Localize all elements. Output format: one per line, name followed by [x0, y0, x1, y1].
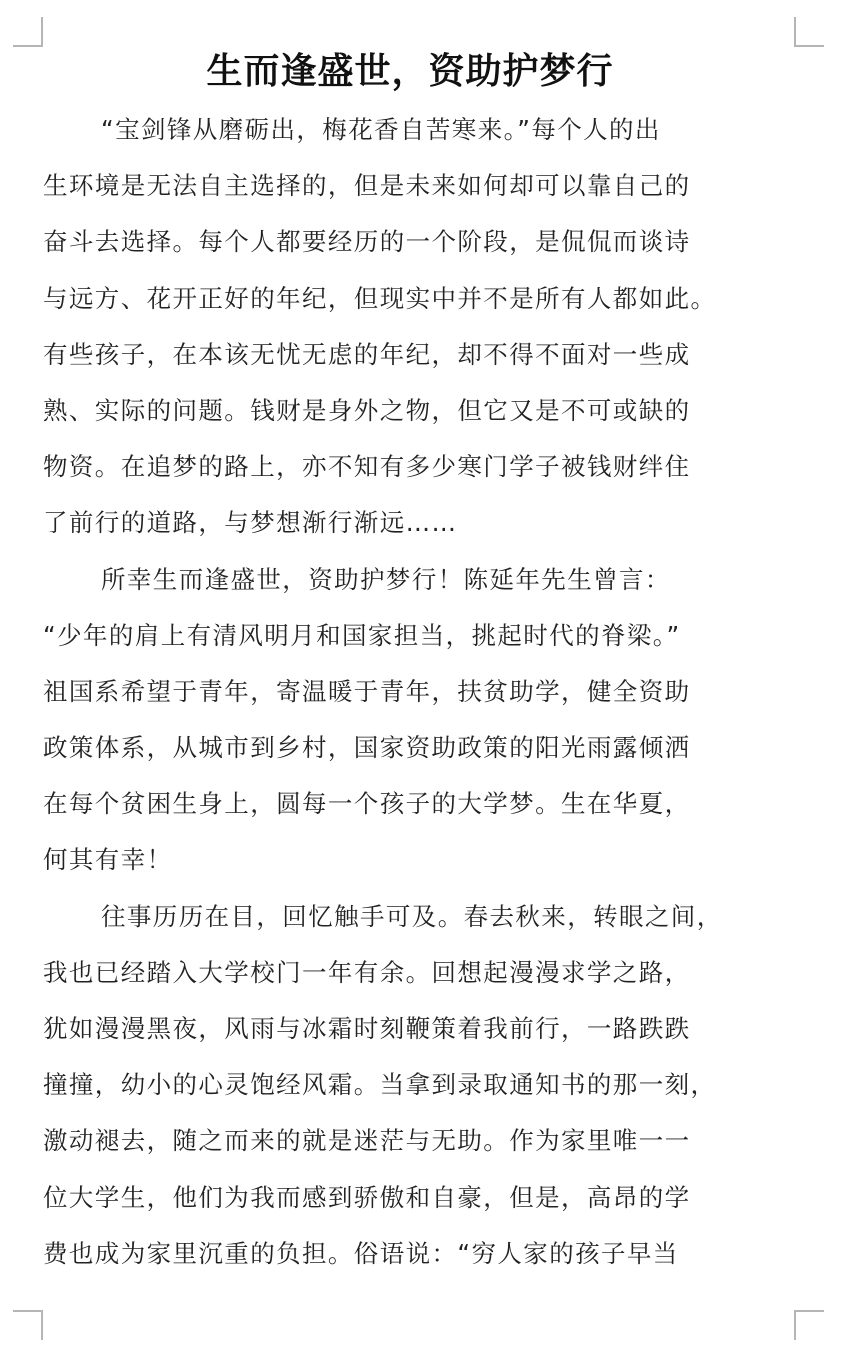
document-title: 生而逢盛世，资助护梦行: [43, 46, 777, 98]
paragraph-1: “宝剑锋从磨砺出，梅花香自苦寒来。”每个人的出 生环境是无法自主选择的，但是未来…: [43, 102, 777, 552]
text-line: 奋斗去选择。每个人都要经历的一个阶段，是侃侃而谈诗: [43, 214, 777, 270]
text-line: 与远方、花开正好的年纪，但现实中并不是所有人都如此。: [43, 271, 777, 327]
text-line: 所幸生而逢盛世，资助护梦行！陈延年先生曾言：: [43, 552, 777, 608]
text-line: 位大学生，他们为我而感到骄傲和自豪，但是，高昂的学: [43, 1170, 777, 1226]
text-line: 有些孩子，在本该无忧无虑的年纪，却不得不面对一些成: [43, 327, 777, 383]
text-line: 熟、实际的问题。钱财是身外之物，但它又是不可或缺的: [43, 383, 777, 439]
text-line: 在每个贫困生身上，圆每一个孩子的大学梦。生在华夏，: [43, 776, 777, 832]
page-corner-mark-bottom-left: [13, 1310, 43, 1340]
text-line: 了前行的道路，与梦想渐行渐远……: [43, 495, 777, 551]
text-line: 撞撞，幼小的心灵饱经风霜。当拿到录取通知书的那一刻，: [43, 1057, 777, 1113]
page-corner-mark-top-left: [13, 17, 43, 47]
page-corner-mark-top-right: [794, 17, 824, 47]
text-line: “少年的肩上有清风明月和国家担当，挑起时代的脊梁。”: [43, 608, 777, 664]
paragraph-2: 所幸生而逢盛世，资助护梦行！陈延年先生曾言： “少年的肩上有清风明月和国家担当，…: [43, 552, 777, 889]
text-line: 何其有幸！: [43, 832, 777, 888]
text-line: 祖国系希望于青年，寄温暖于青年，扶贫助学，健全资助: [43, 664, 777, 720]
document-page: 生而逢盛世，资助护梦行 “宝剑锋从磨砺出，梅花香自苦寒来。”每个人的出 生环境是…: [43, 46, 777, 1282]
text-line: 生环境是无法自主选择的，但是未来如何却可以靠自己的: [43, 158, 777, 214]
text-line: 往事历历在目，回忆触手可及。春去秋来，转眼之间，: [43, 889, 777, 945]
text-line: 物资。在追梦的路上，亦不知有多少寒门学子被钱财绊住: [43, 439, 777, 495]
text-line: 费也成为家里沉重的负担。俗语说：“穷人家的孩子早当: [43, 1226, 777, 1282]
text-line: 我也已经踏入大学校门一年有余。回想起漫漫求学之路，: [43, 945, 777, 1001]
paragraph-3: 往事历历在目，回忆触手可及。春去秋来，转眼之间， 我也已经踏入大学校门一年有余。…: [43, 889, 777, 1282]
page-corner-mark-bottom-right: [794, 1310, 824, 1340]
text-line: 犹如漫漫黑夜，风雨与冰霜时刻鞭策着我前行，一路跌跌: [43, 1001, 777, 1057]
text-line: “宝剑锋从磨砺出，梅花香自苦寒来。”每个人的出: [43, 102, 777, 158]
text-line: 激动褪去，随之而来的就是迷茫与无助。作为家里唯一一: [43, 1113, 777, 1169]
text-line: 政策体系，从城市到乡村，国家资助政策的阳光雨露倾洒: [43, 720, 777, 776]
